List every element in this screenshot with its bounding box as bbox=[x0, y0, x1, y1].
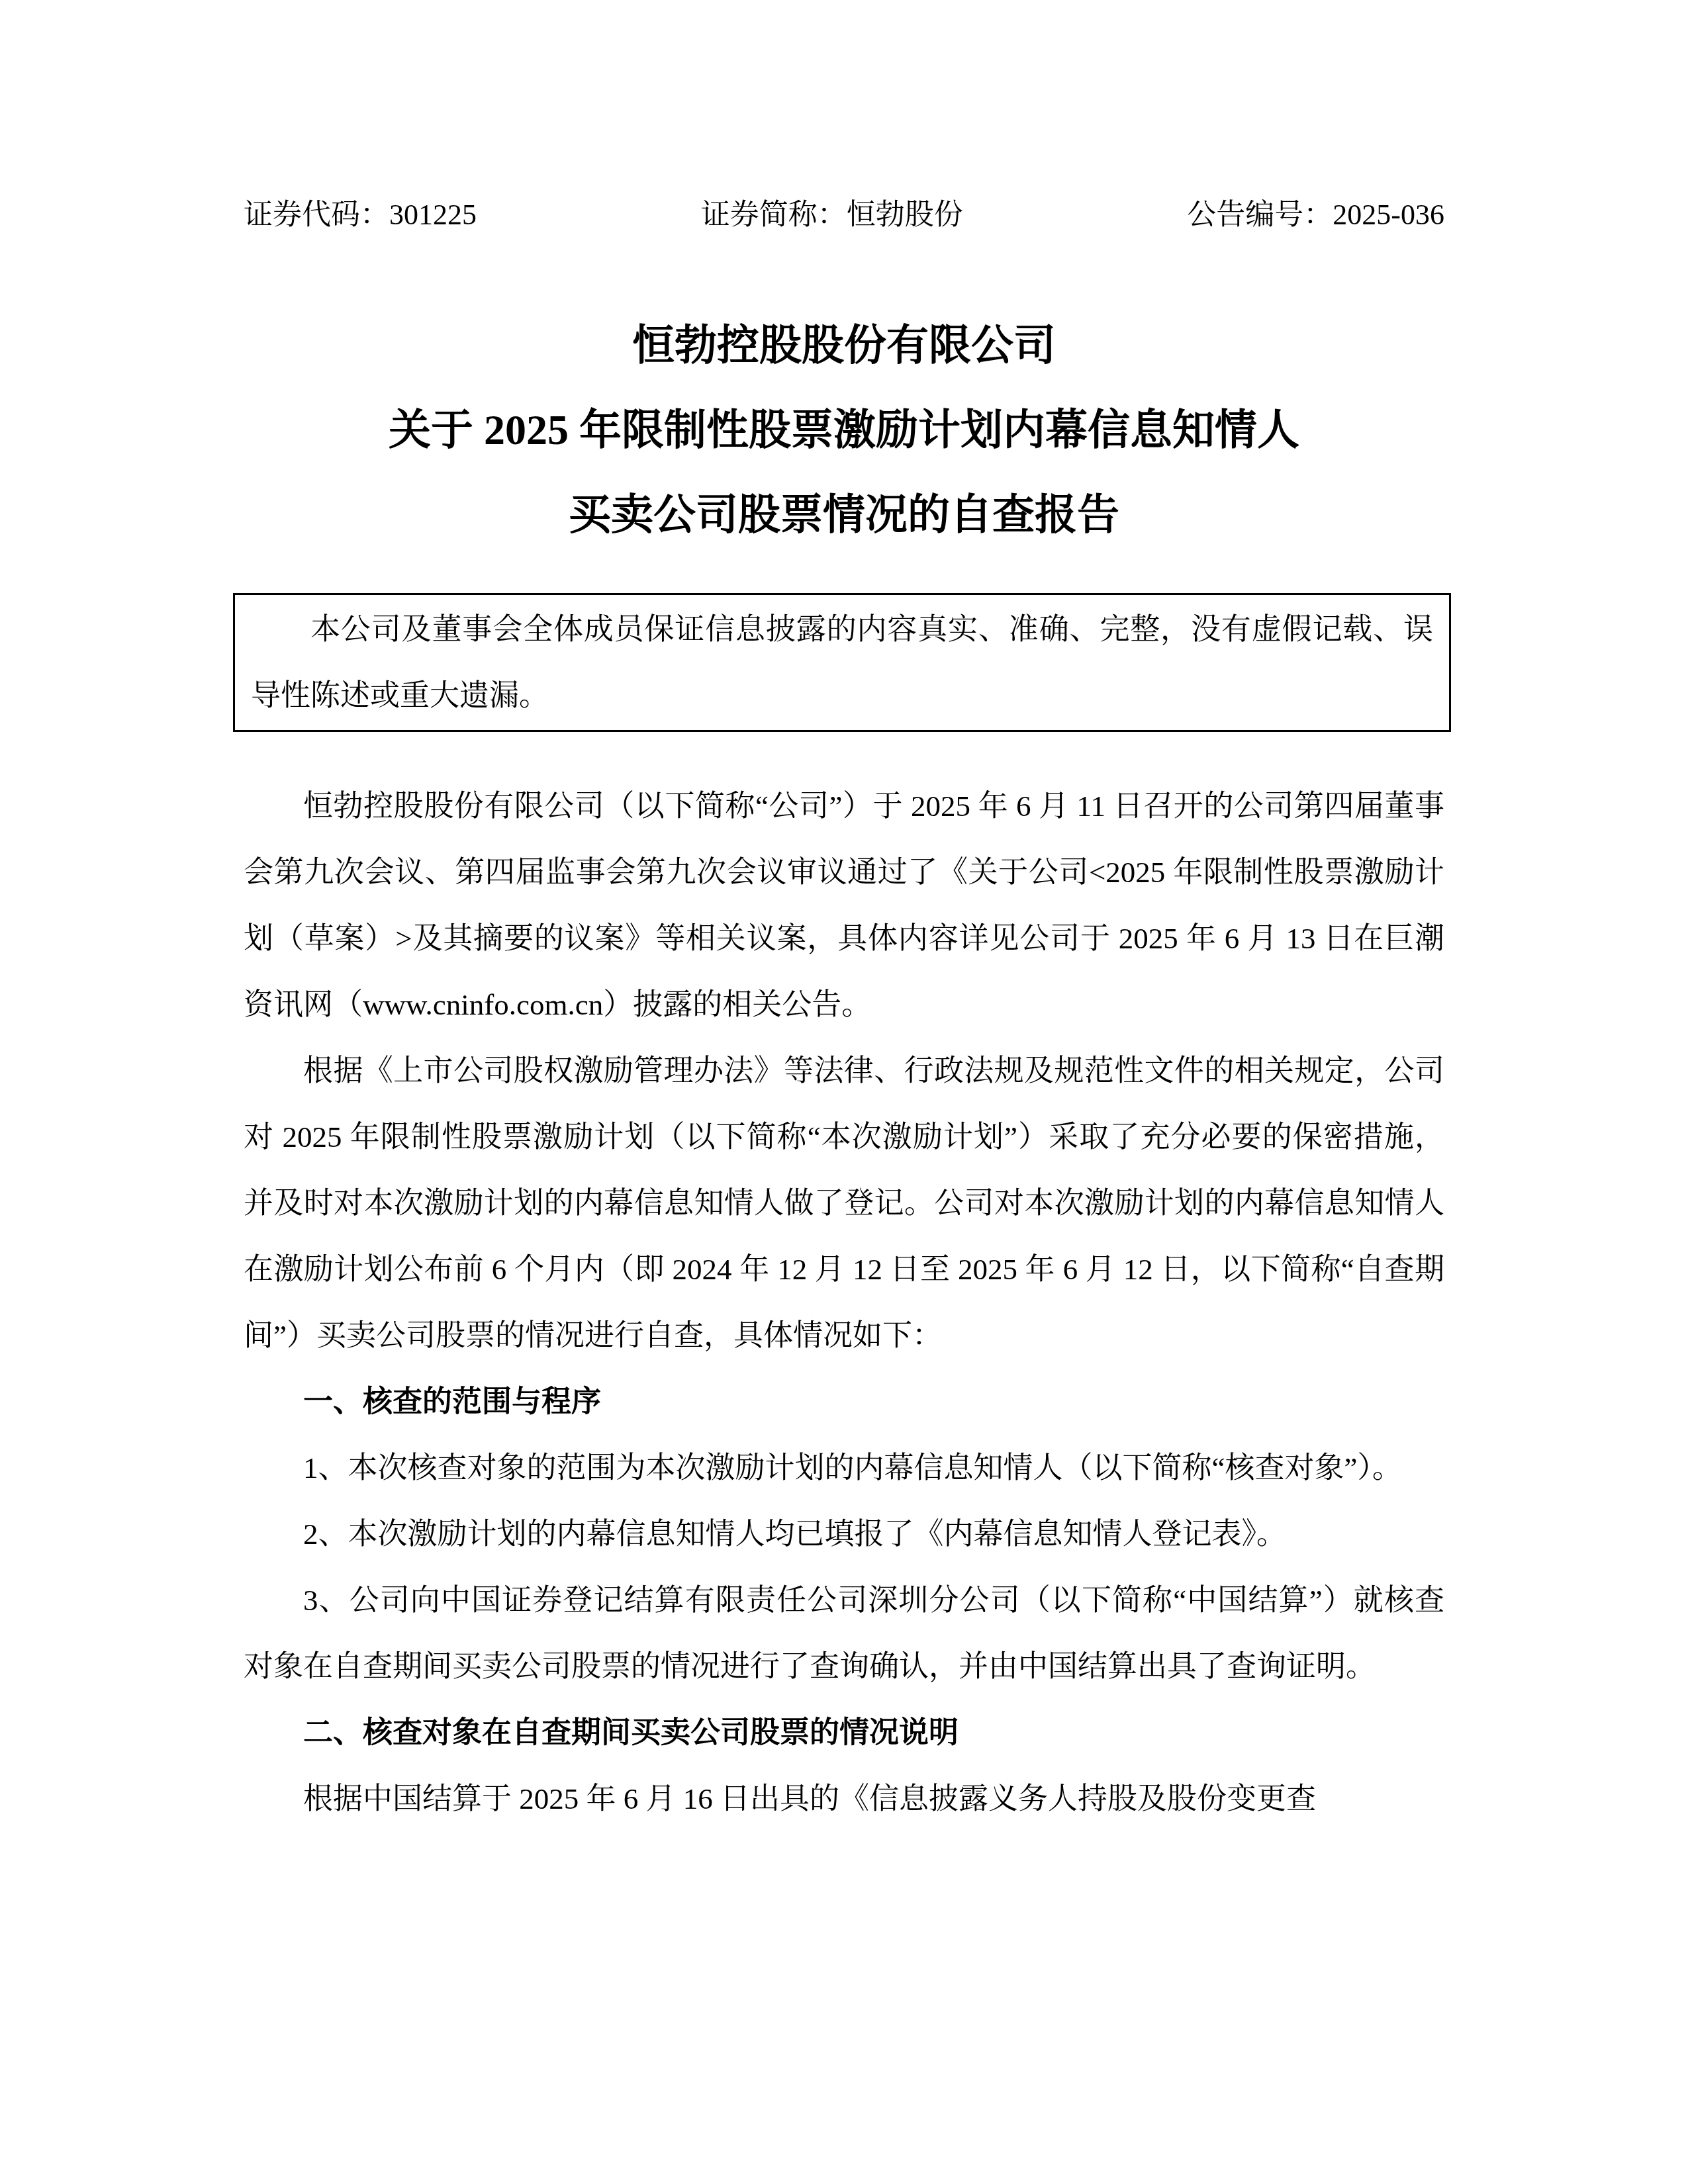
page-content: 证券代码：301225 证券简称：恒勃股份 公告编号：2025-036 恒勃控股… bbox=[0, 0, 1688, 1832]
stock-code: 证券代码：301225 bbox=[244, 196, 477, 234]
title-line-3: 买卖公司股票情况的自查报告 bbox=[244, 473, 1444, 557]
stock-abbreviation: 证券简称：恒勃股份 bbox=[701, 196, 963, 234]
title-company-name: 恒勃控股股份有限公司 bbox=[244, 303, 1444, 388]
disclaimer-box: 本公司及董事会全体成员保证信息披露的内容真实、准确、完整，没有虚假记载、误导性陈… bbox=[233, 593, 1451, 732]
section-1-item-2: 2、本次激励计划的内幕信息知情人均已填报了《内幕信息知情人登记表》。 bbox=[244, 1501, 1444, 1567]
disclaimer-text: 本公司及董事会全体成员保证信息披露的内容真实、准确、完整，没有虚假记载、误导性陈… bbox=[251, 596, 1433, 729]
title-line-2: 关于 2025 年限制性股票激励计划内幕信息知情人 bbox=[244, 388, 1444, 473]
section-2-heading: 二、核查对象在自查期间买卖公司股票的情况说明 bbox=[244, 1700, 1444, 1766]
announcement-page: 证券代码：301225 证券简称：恒勃股份 公告编号：2025-036 恒勃控股… bbox=[0, 0, 1688, 2184]
section-1-item-1: 1、本次核查对象的范围为本次激励计划的内幕信息知情人（以下简称“核查对象”）。 bbox=[244, 1435, 1444, 1501]
section-1-item-3: 3、公司向中国证券登记结算有限责任公司深圳分公司（以下简称“中国结算”）就核查对… bbox=[244, 1567, 1444, 1700]
document-header: 证券代码：301225 证券简称：恒勃股份 公告编号：2025-036 bbox=[244, 196, 1444, 234]
paragraph-csdc-result-truncated: 根据中国结算于 2025 年 6 月 16 日出具的《信息披露义务人持股及股份变… bbox=[244, 1766, 1444, 1832]
paragraph-board-meeting: 恒勃控股股份有限公司（以下简称“公司”）于 2025 年 6 月 11 日召开的… bbox=[244, 773, 1444, 1038]
announcement-number: 公告编号：2025-036 bbox=[1187, 196, 1444, 234]
paragraph-self-inspection: 根据《上市公司股权激励管理办法》等法律、行政法规及规范性文件的相关规定，公司对 … bbox=[244, 1038, 1444, 1369]
document-title: 恒勃控股股份有限公司 关于 2025 年限制性股票激励计划内幕信息知情人 买卖公… bbox=[244, 303, 1444, 557]
section-1-heading: 一、核查的范围与程序 bbox=[244, 1369, 1444, 1435]
document-body: 恒勃控股股份有限公司（以下简称“公司”）于 2025 年 6 月 11 日召开的… bbox=[244, 773, 1444, 1832]
